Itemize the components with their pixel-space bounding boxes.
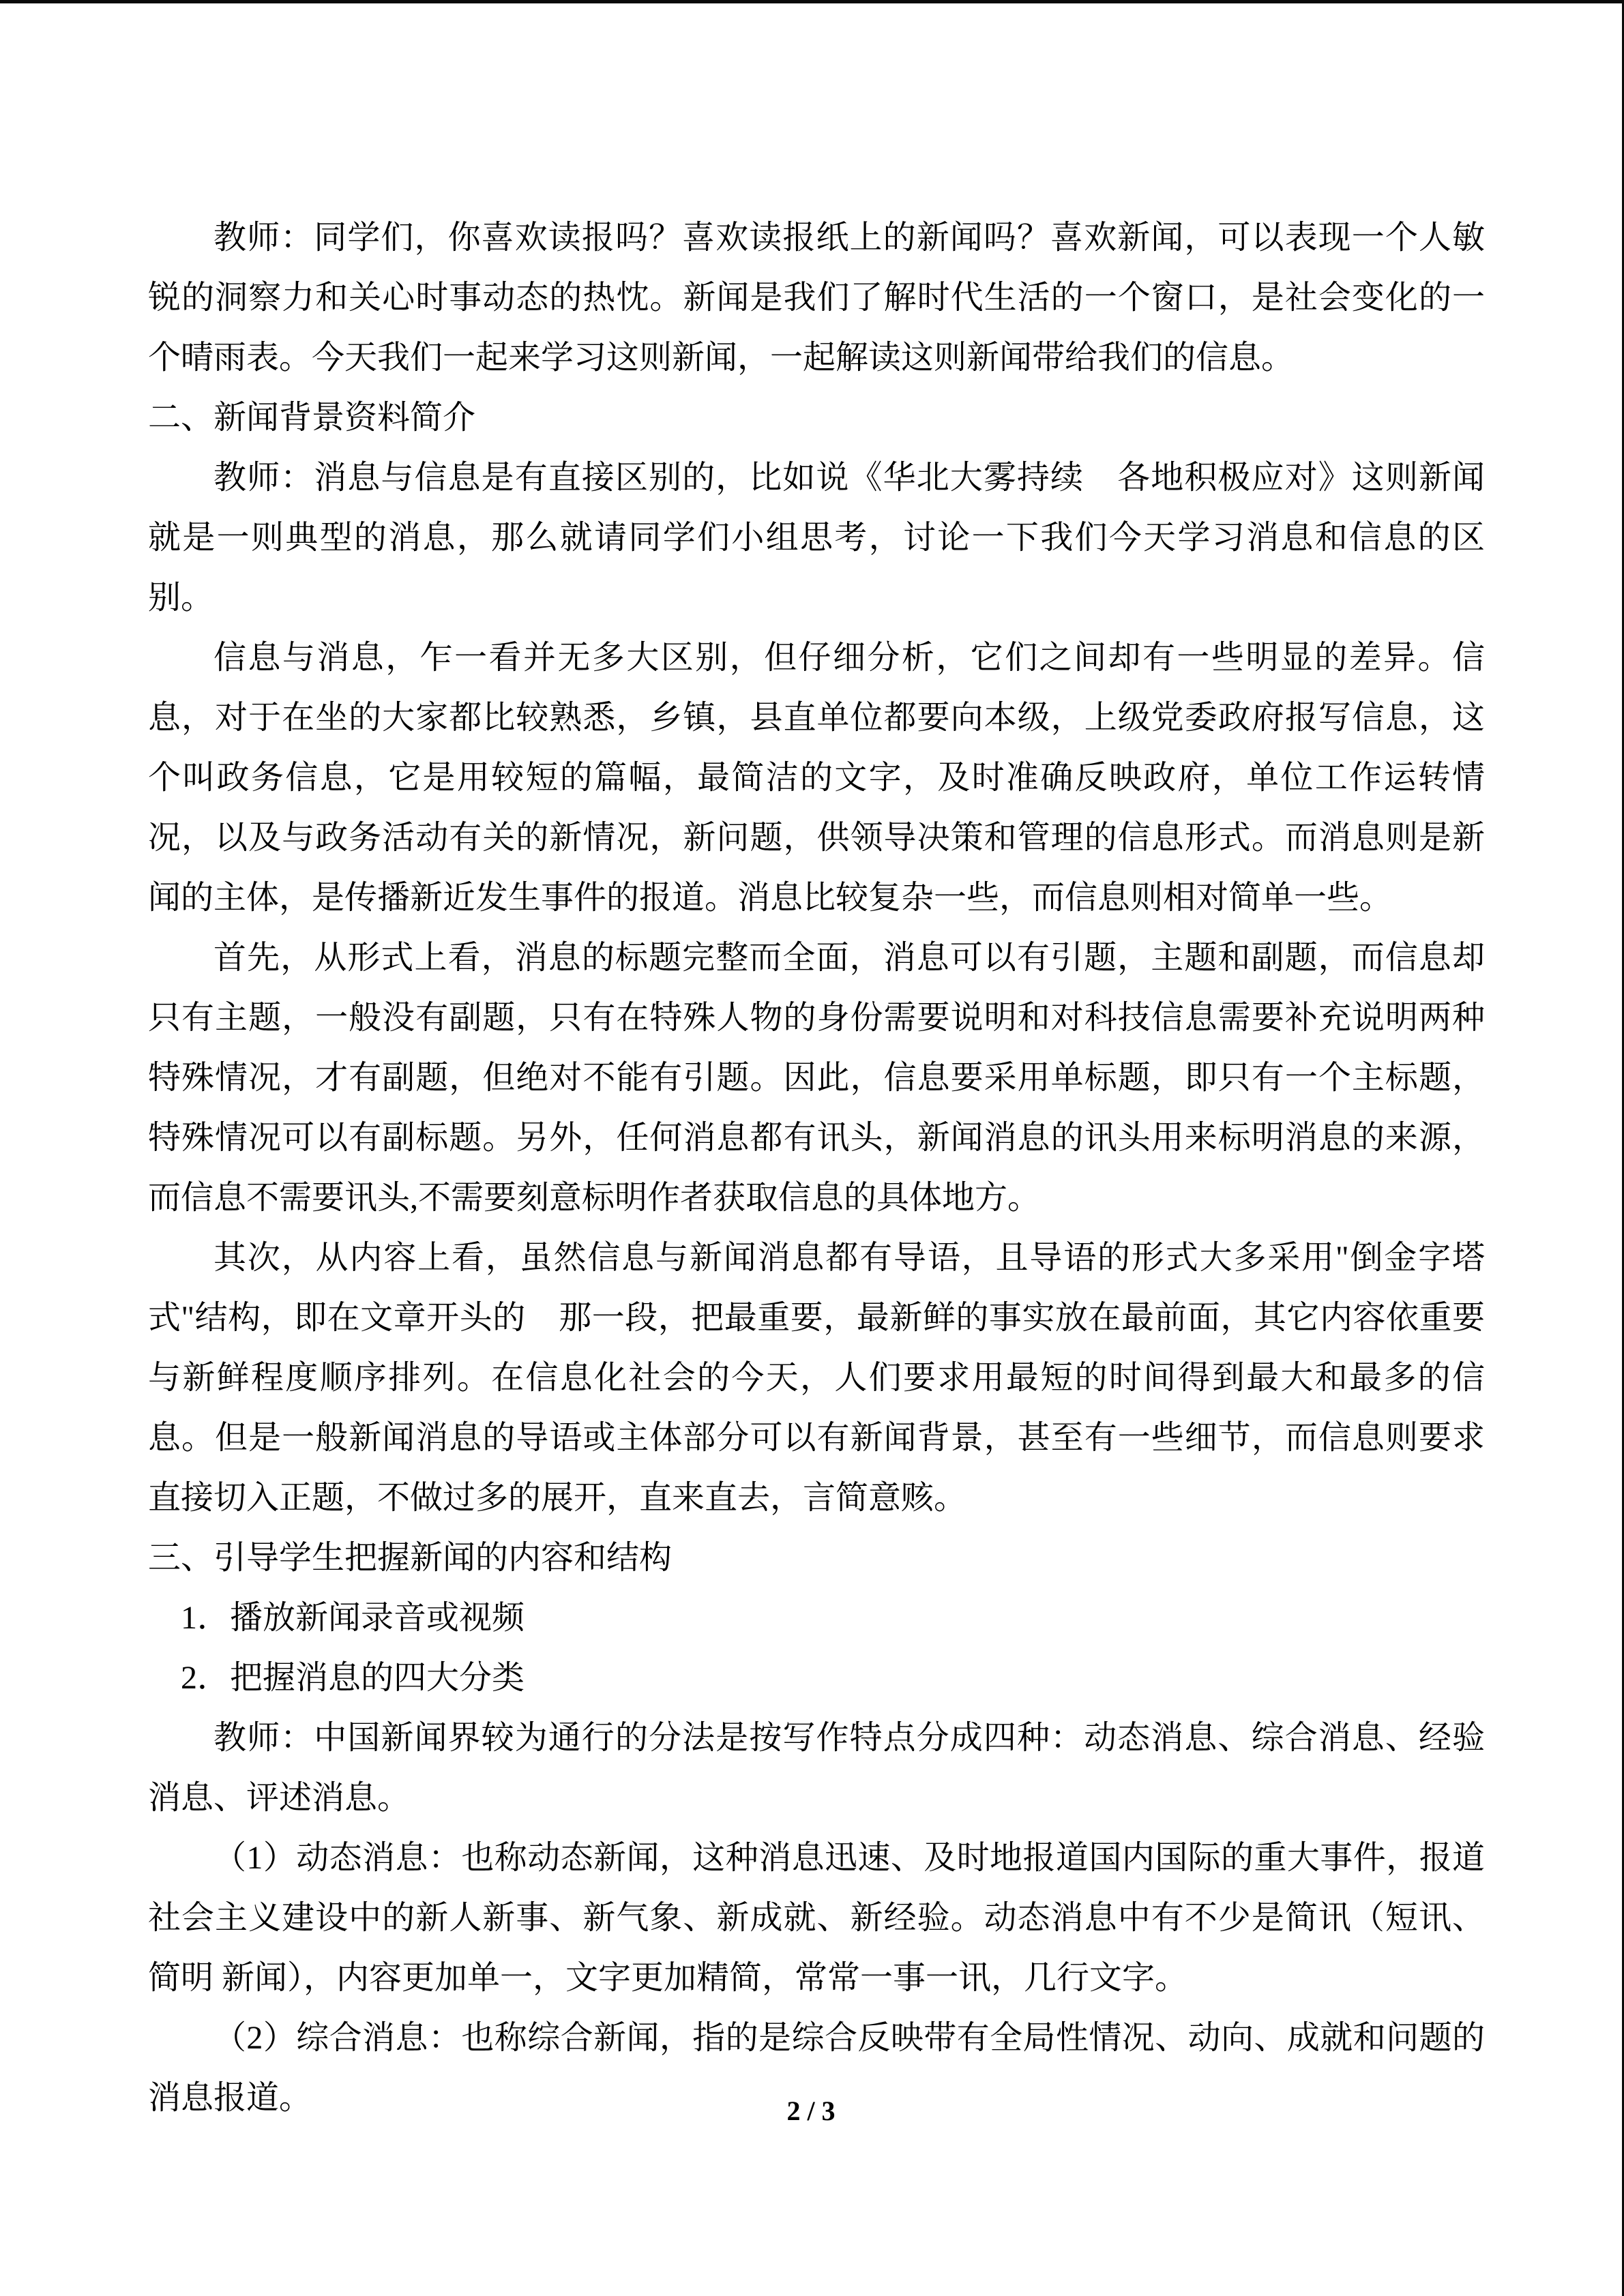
body-paragraph: 信息与消息，乍一看并无多大区别，但仔细分析，它们之间却有一些明显的差异。信息，对… bbox=[148, 628, 1485, 928]
section-heading: 二、新闻背景资料简介 bbox=[148, 388, 1485, 448]
body-paragraph: 教师：同学们，你喜欢读报吗？喜欢读报纸上的新闻吗？喜欢新闻，可以表现一个人敏锐的… bbox=[148, 208, 1485, 388]
top-edge-border bbox=[0, 0, 1624, 3]
section-heading: 三、引导学生把握新闻的内容和结构 bbox=[148, 1528, 1485, 1588]
body-paragraph: 首先，从形式上看，消息的标题完整而全面，消息可以有引题，主题和副题，而信息却只有… bbox=[148, 928, 1485, 1228]
list-item: 1．播放新闻录音或视频 bbox=[148, 1588, 1485, 1648]
body-paragraph: 其次，从内容上看，虽然信息与新闻消息都有导语，且导语的形式大多采用"倒金字塔式"… bbox=[148, 1228, 1485, 1528]
page-content: 教师：同学们，你喜欢读报吗？喜欢读报纸上的新闻吗？喜欢新闻，可以表现一个人敏锐的… bbox=[148, 208, 1485, 2128]
body-paragraph: 教师：中国新闻界较为通行的分法是按写作特点分成四种：动态消息、综合消息、经验消息… bbox=[148, 1708, 1485, 1828]
document-page: 教师：同学们，你喜欢读报吗？喜欢读报纸上的新闻吗？喜欢新闻，可以表现一个人敏锐的… bbox=[0, 0, 1624, 2296]
body-paragraph: （1）动态消息：也称动态新闻，这种消息迅速、及时地报道国内国际的重大事件，报道社… bbox=[148, 1828, 1485, 2008]
body-paragraph: 教师：消息与信息是有直接区别的，比如说《华北大雾持续 各地积极应对》这则新闻就是… bbox=[148, 448, 1485, 628]
list-item: 2．把握消息的四大分类 bbox=[148, 1648, 1485, 1708]
page-number: 2 / 3 bbox=[0, 2095, 1622, 2128]
